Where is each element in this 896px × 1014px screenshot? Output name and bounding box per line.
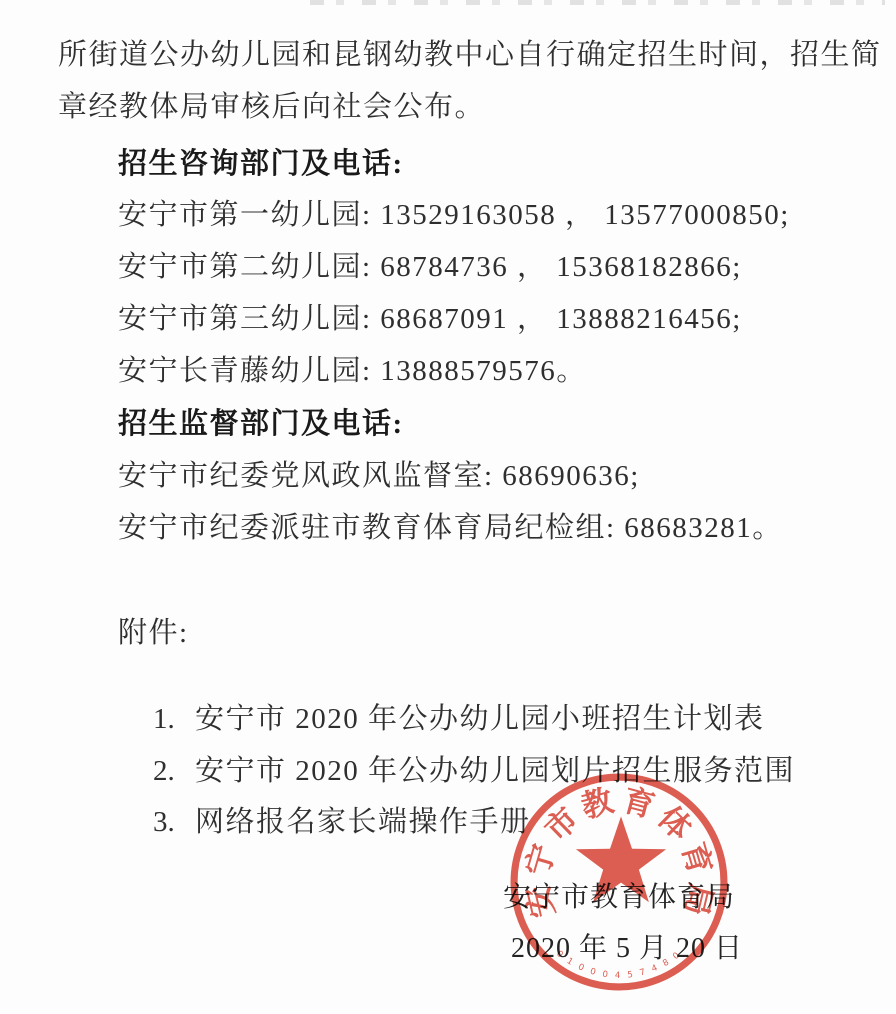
phone-line: 安宁市第一幼儿园: 13529163058 ， 13577000850;	[118, 198, 790, 232]
seal-star-icon	[576, 816, 666, 902]
supervise-heading: 招生监督部门及电话:	[118, 407, 404, 441]
phone-line: 安宁长青藤幼儿园: 13888579576。	[118, 354, 587, 388]
attachment-item: 3.网络报名家长端操作手册	[118, 771, 531, 873]
phone-line: 安宁市第三幼儿园: 68687091 ， 13888216456;	[118, 302, 742, 336]
scan-artifact	[310, 0, 885, 5]
intro-line: 所街道公办幼儿园和昆钢幼教中心自行确定招生时间，招生简	[58, 38, 882, 72]
seal-graphic: 安宁市教育体育局 01000457480	[506, 769, 732, 995]
attachments-label: 附件:	[118, 616, 189, 650]
consult-heading: 招生咨询部门及电话:	[118, 147, 404, 181]
attachment-number: 3.	[153, 805, 195, 839]
official-seal: 安宁市教育体育局 01000457480	[506, 769, 732, 995]
attachment-title: 网络报名家长端操作手册	[195, 806, 531, 838]
intro-line: 章经教体局审核后向社会公布。	[58, 90, 485, 124]
phone-line: 安宁市纪委派驻市教育体育局纪检组: 68683281。	[118, 511, 783, 545]
phone-line: 安宁市第二幼儿园: 68784736 ， 15368182866;	[118, 250, 742, 284]
phone-line: 安宁市纪委党风政风监督室: 68690636;	[118, 459, 640, 493]
document-page: 所街道公办幼儿园和昆钢幼教中心自行确定招生时间，招生简 章经教体局审核后向社会公…	[0, 0, 896, 1014]
